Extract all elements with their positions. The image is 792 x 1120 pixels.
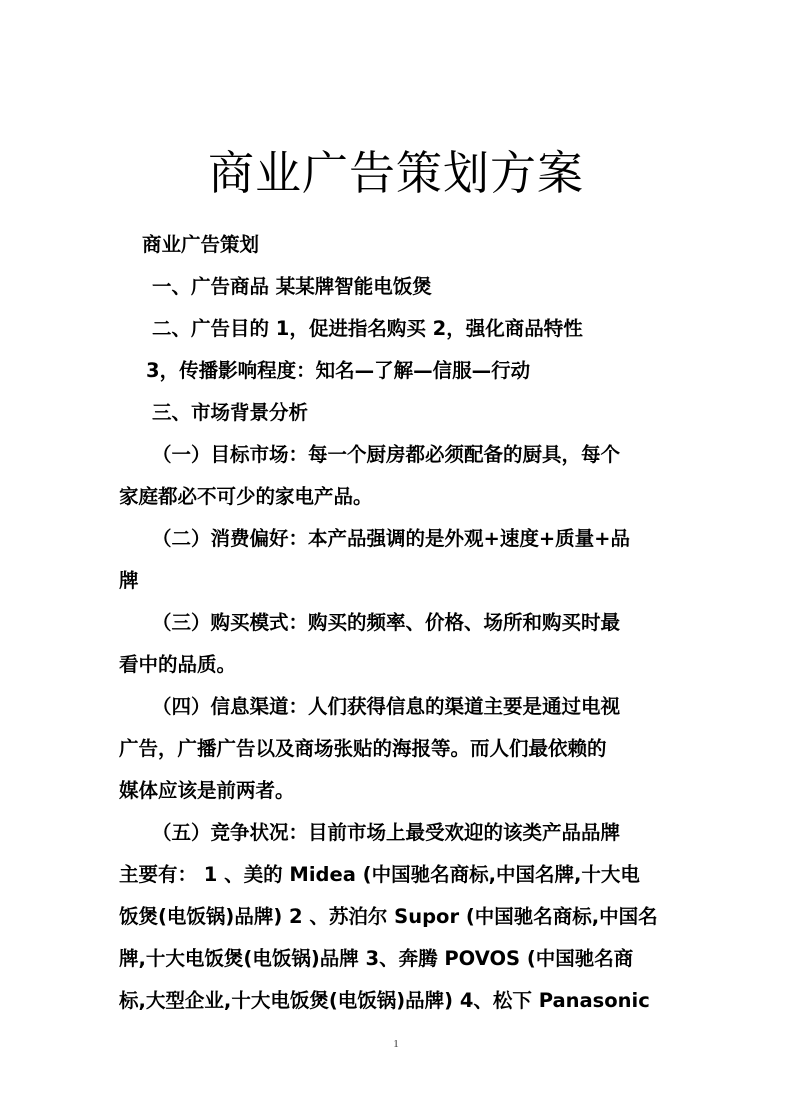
paragraph-line: 主要有： 1 、美的 Midea (中国驰名商标,中国名牌,十大电 (119, 861, 640, 889)
paragraph-line: （四）信息渠道：人们获得信息的渠道主要是通过电视 (152, 693, 620, 721)
page-number: 1 (0, 1038, 792, 1050)
paragraph-line: 标,大型企业,十大电饭煲(电饭锅)品牌) 4、松下 Panasonic (119, 987, 650, 1015)
document-title: 商业广告策划方案 (0, 140, 792, 206)
section-heading: 商业广告策划 (142, 231, 259, 259)
paragraph-line: 广告，广播广告以及商场张贴的海报等。而人们最依赖的 (119, 735, 607, 763)
paragraph-line: （五）竞争状况：目前市场上最受欢迎的该类产品品牌 (152, 819, 620, 847)
paragraph-line: 二、广告目的 1，促进指名购买 2，强化商品特性 (152, 315, 583, 343)
paragraph-line: 饭煲(电饭锅)品牌) 2 、苏泊尔 Supor (中国驰名商标,中国名 (119, 903, 658, 931)
paragraph-line: 家庭都必不可少的家电产品。 (119, 483, 373, 511)
paragraph-line: （二）消费偏好：本产品强调的是外观+速度+质量+品 (152, 525, 630, 553)
paragraph-line: 牌,十大电饭煲(电饭锅)品牌 3、奔腾 POVOS (中国驰名商 (119, 945, 633, 973)
paragraph-line: 看中的品质。 (119, 651, 236, 679)
paragraph-line: 3，传播影响程度：知名—了解—信服—行动 (146, 357, 530, 385)
paragraph-line: 媒体应该是前两者。 (119, 777, 295, 805)
paragraph-line: （一）目标市场：每一个厨房都必须配备的厨具，每个 (152, 441, 620, 469)
paragraph-line: 三、市场背景分析 (152, 399, 308, 427)
paragraph-line: 一、广告商品 某某牌智能电饭煲 (152, 273, 432, 301)
document-page: 商业广告策划方案 商业广告策划 一、广告商品 某某牌智能电饭煲 二、广告目的 1… (0, 0, 792, 1120)
paragraph-line: 牌 (119, 567, 139, 595)
paragraph-line: （三）购买模式：购买的频率、价格、场所和购买时最 (152, 609, 620, 637)
